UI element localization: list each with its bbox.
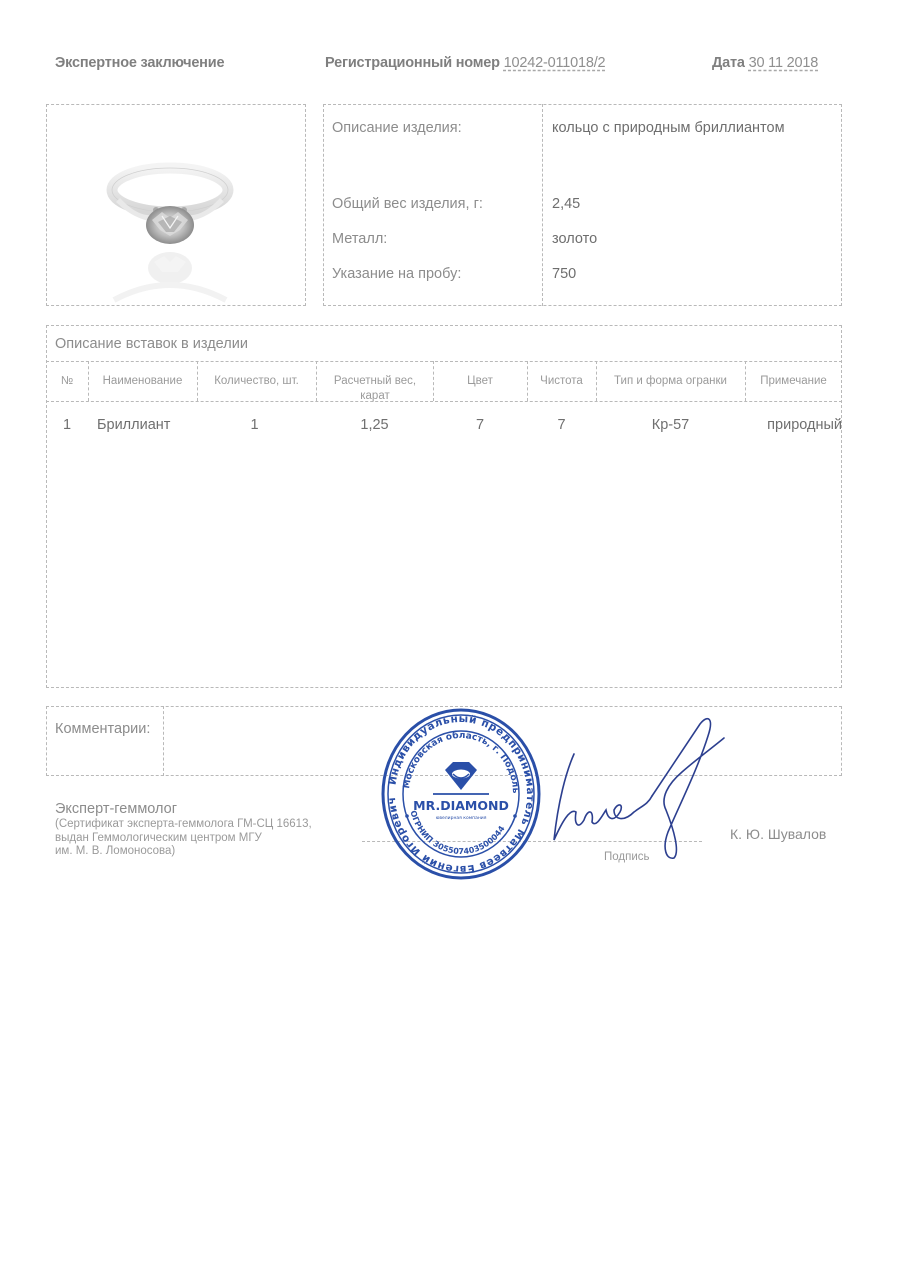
- cell-color: 7: [433, 417, 527, 433]
- registration-number: Регистрационный номер 10242-011018/2: [325, 55, 605, 71]
- date-label: Дата: [712, 55, 745, 71]
- registration-label: Регистрационный номер: [325, 55, 500, 71]
- svg-text:ювелирная компания: ювелирная компания: [436, 816, 487, 821]
- cert-line-3: им. М. В. Ломоносова): [55, 845, 312, 859]
- comments-label: Комментарии:: [55, 721, 150, 737]
- col-header-name: Наименование: [88, 374, 197, 389]
- cert-line-2: выдан Геммологическим центром МГУ: [55, 832, 312, 846]
- col-divider: [316, 361, 317, 401]
- document-title: Экспертное заключение: [55, 55, 224, 71]
- signature-icon: [548, 712, 738, 864]
- metal-value: золото: [552, 231, 597, 247]
- metal-label: Металл:: [332, 231, 387, 247]
- hallmark-value: 750: [552, 266, 576, 282]
- weight-value: 2,45: [552, 196, 580, 212]
- expert-title: Эксперт-геммолог: [55, 801, 177, 817]
- description-label: Описание изделия:: [332, 120, 462, 136]
- col-header-color: Цвет: [433, 374, 527, 389]
- handwritten-signature: [548, 712, 738, 864]
- ring-photo: [100, 150, 240, 310]
- cell-weight: 1,25: [316, 417, 433, 433]
- description-value: кольцо с природным бриллиантом: [552, 120, 785, 136]
- date: Дата 30 11 2018: [712, 55, 818, 71]
- col-header-clarity: Чистота: [527, 374, 596, 389]
- col-header-note: Примечание: [745, 374, 842, 389]
- cell-quantity: 1: [197, 417, 312, 433]
- cell-number: 1: [46, 417, 88, 433]
- col-header-cut: Тип и форма огранки: [596, 374, 745, 389]
- svg-text:MR.DIAMOND: MR.DIAMOND: [413, 798, 509, 813]
- expert-name: К. Ю. Шувалов: [730, 826, 826, 842]
- weight-label: Общий вес изделия, г:: [332, 196, 483, 212]
- col-header-quantity: Количество, шт.: [197, 374, 316, 389]
- item-info-divider: [542, 104, 543, 306]
- ring-icon: [100, 150, 240, 310]
- stamp-icon: Индивидуальный предприниматель Матвеев Е…: [381, 708, 541, 880]
- company-stamp: Индивидуальный предприниматель Матвеев Е…: [381, 708, 541, 880]
- hallmark-label: Указание на пробу:: [332, 266, 461, 282]
- inserts-title: Описание вставок в изделии: [55, 336, 248, 352]
- table-header-bottom-line: [46, 401, 842, 402]
- cell-note: природный: [745, 417, 842, 433]
- cert-line-1: (Сертификат эксперта-геммолога ГМ-СЦ 166…: [55, 818, 312, 832]
- table-header-top-line: [46, 361, 842, 362]
- registration-value: 10242-011018/2: [504, 55, 606, 71]
- cell-clarity: 7: [527, 417, 596, 433]
- expert-certificate: (Сертификат эксперта-геммолога ГМ-СЦ 166…: [55, 818, 312, 859]
- comments-divider: [163, 706, 164, 776]
- cell-cut: Кр-57: [596, 417, 745, 433]
- cell-name: Бриллиант: [97, 417, 170, 433]
- date-value: 30 11 2018: [749, 55, 819, 71]
- col-header-number: №: [46, 374, 88, 389]
- col-header-weight: Расчетный вес, карат: [330, 374, 420, 404]
